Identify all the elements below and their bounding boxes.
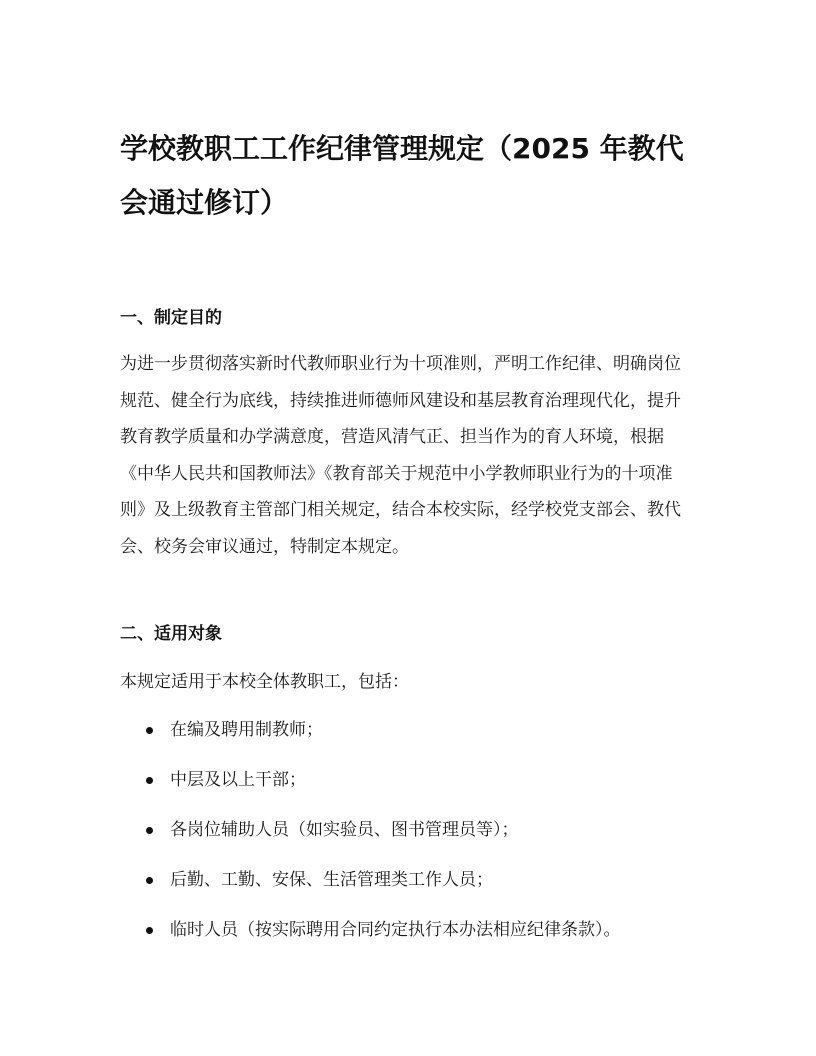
list-item: 中层及以上干部； — [120, 762, 700, 812]
list-item-text: 临时人员（按实际聘用合同约定执行本办法相应纪律条款）。 — [170, 920, 621, 940]
document-title: 学校教职工工作纪律管理规定（2025 年教代会通过修订） — [120, 122, 700, 230]
purpose-paragraph: 为进一步贯彻落实新时代教师职业行为十项准则，严明工作纪律、明确岗位规范、健全行为… — [120, 346, 686, 565]
list-item-text: 中层及以上干部； — [170, 770, 306, 790]
list-item-text: 在编及聘用制教师； — [170, 720, 323, 740]
list-item: 在编及聘用制教师； — [120, 712, 700, 762]
list-item: 临时人员（按实际聘用合同约定执行本办法相应纪律条款）。 — [120, 912, 700, 962]
bullet-icon — [146, 927, 153, 934]
list-item: 后勤、工勤、安保、生活管理类工作人员； — [120, 862, 700, 912]
bullet-icon — [146, 777, 153, 784]
section-heading-purpose: 一、制定目的 — [120, 306, 222, 330]
scope-bullet-list: 在编及聘用制教师； 中层及以上干部； 各岗位辅助人员（如实验员、图书管理员等）；… — [120, 712, 700, 962]
bullet-icon — [146, 827, 153, 834]
list-item: 各岗位辅助人员（如实验员、图书管理员等）； — [120, 812, 700, 862]
bullet-icon — [146, 727, 153, 734]
list-item-text: 后勤、工勤、安保、生活管理类工作人员； — [170, 870, 493, 890]
scope-intro-paragraph: 本规定适用于本校全体教职工，包括： — [120, 664, 686, 701]
section-heading-scope: 二、适用对象 — [120, 622, 222, 646]
bullet-icon — [146, 877, 153, 884]
list-item-text: 各岗位辅助人员（如实验员、图书管理员等）； — [170, 820, 519, 840]
